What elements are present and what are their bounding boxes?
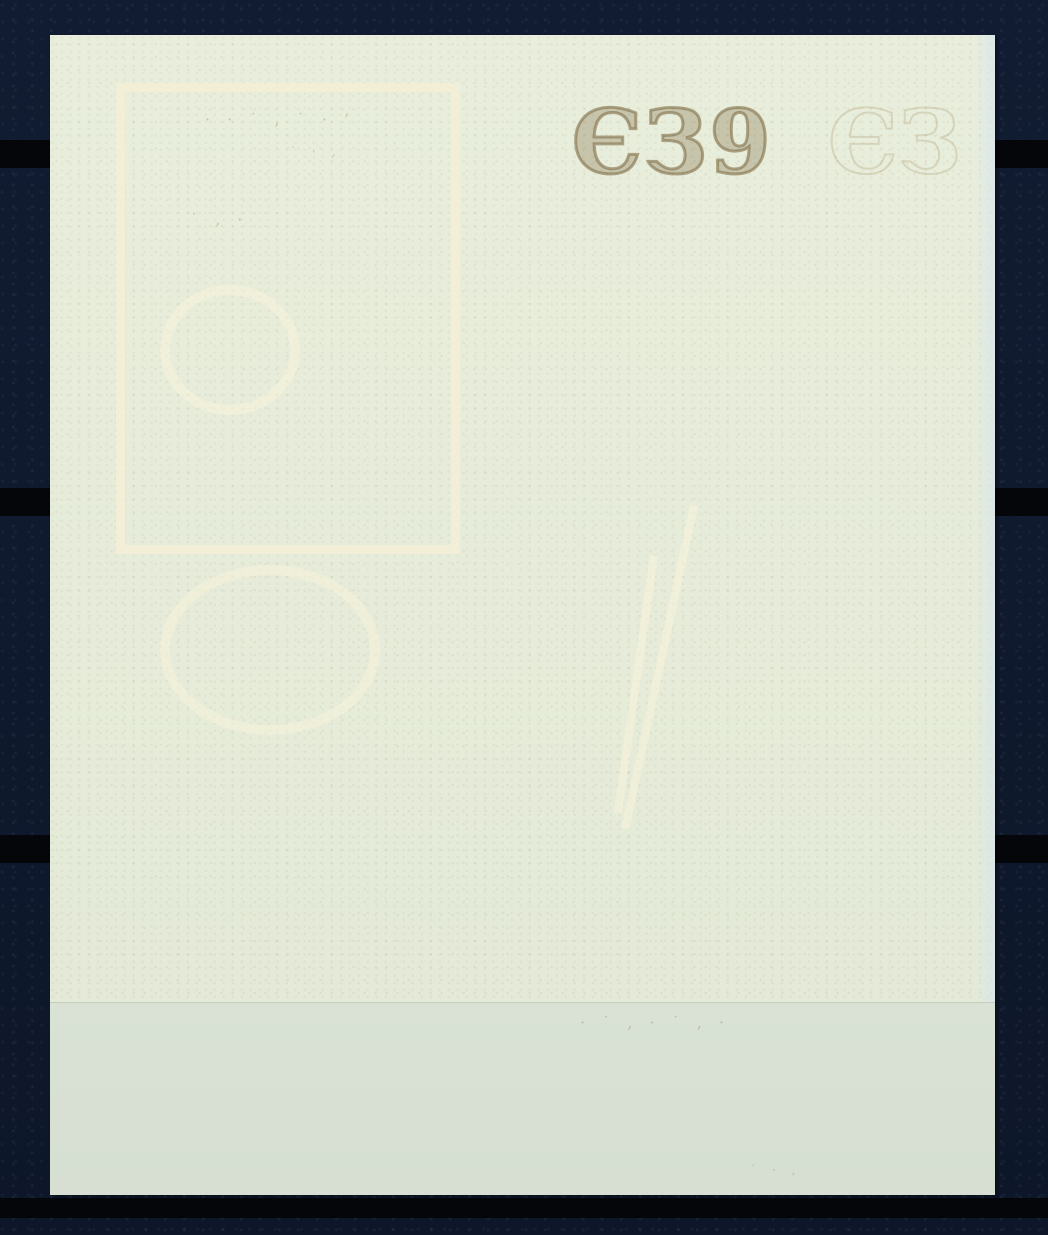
souvenir-sheet-back: · · ˙ ‚ ˙ · ’ ˙ · ‚ ˙ ‚ · ЄЗ9 ЄЗ · ˙ ‚ ·… [50,35,995,1195]
show-through-text: ˙ ‚ · [190,210,248,229]
show-through-design-shape [160,285,300,415]
bottom-margin-mount-strip: · ˙ ‚ · ˙ ‚ · ˙ · ‚ [50,1002,995,1195]
show-through-design-line [621,505,697,829]
overprint-ghost: ЄЗ [828,98,961,186]
show-through-text: · · ˙ ‚ ˙ · ’ [205,110,355,129]
show-through-text: ˙ · ‚ [750,1163,801,1177]
show-through-design-shape [160,565,380,735]
show-through-text: · ˙ ‚ · ˙ ‚ · [580,1013,730,1032]
show-through-text: ˙ · ‚ [290,145,341,159]
overprint-show-through: ЄЗ9 [572,98,773,186]
stock-card-strip [0,1198,1048,1218]
